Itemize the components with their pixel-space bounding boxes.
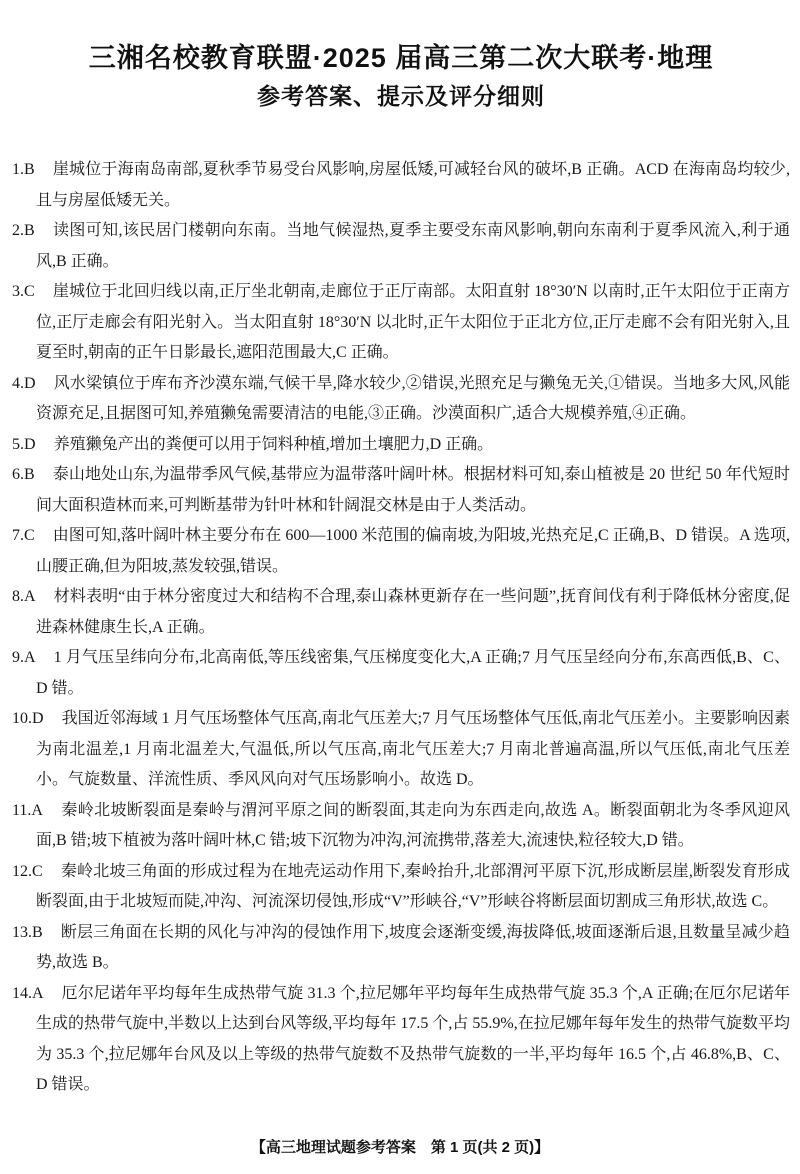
answer-item: 6.B泰山地处山东,为温带季风气候,基带应为温带落叶阔叶林。根据材料可知,泰山植…	[12, 460, 790, 521]
answer-item: 8.A材料表明“由于林分密度过大和结构不合理,泰山森林更新存在一些问题”,抚育间…	[12, 582, 790, 643]
answer-item: 12.C秦岭北坡三角面的形成过程为在地壳运动作用下,秦岭抬升,北部渭河平原下沉,…	[12, 857, 790, 918]
answer-text: 1 月气压呈纬向分布,北高南低,等压线密集,气压梯度变化大,A 正确;7 月气压…	[36, 649, 790, 697]
answer-text: 我国近邻海域 1 月气压场整体气压高,南北气压差大;7 月气压场整体气压低,南北…	[36, 710, 790, 788]
answer-item: 5.D养殖獭兔产出的粪便可以用于饲料种植,增加土壤肥力,D 正确。	[12, 430, 790, 461]
answer-item: 11.A秦岭北坡断裂面是秦岭与渭河平原之间的断裂面,其走向为东西走向,故选 A。…	[12, 796, 790, 857]
answer-text: 风水梁镇位于库布齐沙漠东端,气候干旱,降水较少,②错误,光照充足与獭兔无关,①错…	[36, 375, 790, 423]
answer-item: 14.A厄尔尼诺年平均每年生成热带气旋 31.3 个,拉尼娜年平均每年生成热带气…	[12, 979, 790, 1101]
answer-text: 厄尔尼诺年平均每年生成热带气旋 31.3 个,拉尼娜年平均每年生成热带气旋 35…	[36, 985, 790, 1094]
answer-item: 4.D风水梁镇位于库布齐沙漠东端,气候干旱,降水较少,②错误,光照充足与獭兔无关…	[12, 369, 790, 430]
answer-text: 泰山地处山东,为温带季风气候,基带应为温带落叶阔叶林。根据材料可知,泰山植被是 …	[36, 466, 790, 514]
answer-text: 断层三角面在长期的风化与冲沟的侵蚀作用下,坡度会逐渐变缓,海拔降低,坡面逐渐后退…	[36, 924, 790, 972]
answer-text: 由图可知,落叶阔叶林主要分布在 600—1000 米范围的偏南坡,为阳坡,光热充…	[36, 527, 790, 575]
answer-number: 6.B	[12, 466, 35, 483]
answer-item: 7.C由图可知,落叶阔叶林主要分布在 600—1000 米范围的偏南坡,为阳坡,…	[12, 521, 790, 582]
answer-text: 崖城位于海南岛南部,夏秋季节易受台风影响,房屋低矮,可减轻台风的破坏,B 正确。…	[36, 161, 790, 209]
answer-number: 4.D	[12, 375, 36, 392]
answer-number: 7.C	[12, 527, 35, 544]
answers-list: 1.B崖城位于海南岛南部,夏秋季节易受台风影响,房屋低矮,可减轻台风的破坏,B …	[12, 155, 790, 1101]
answer-number: 5.D	[12, 436, 36, 453]
answer-number: 10.D	[12, 710, 44, 727]
answer-item: 2.B读图可知,该民居门楼朝向东南。当地气候湿热,夏季主要受东南风影响,朝向东南…	[12, 216, 790, 277]
answer-text: 崖城位于北回归线以南,正厅坐北朝南,走廊位于正厅南部。太阳直射 18°30′N …	[36, 283, 790, 361]
answer-number: 1.B	[12, 161, 35, 178]
answer-number: 11.A	[12, 802, 43, 819]
answer-number: 9.A	[12, 649, 36, 666]
answer-number: 12.C	[12, 863, 43, 880]
answer-text: 材料表明“由于林分密度过大和结构不合理,泰山森林更新存在一些问题”,抚育间伐有利…	[36, 588, 790, 636]
answer-item: 9.A1 月气压呈纬向分布,北高南低,等压线密集,气压梯度变化大,A 正确;7 …	[12, 643, 790, 704]
exam-answer-page: 三湘名校教育联盟·2025 届高三第二次大联考·地理 参考答案、提示及评分细则 …	[0, 0, 800, 1174]
answer-number: 8.A	[12, 588, 36, 605]
answer-item: 10.D我国近邻海域 1 月气压场整体气压高,南北气压差大;7 月气压场整体气压…	[12, 704, 790, 796]
answer-text: 秦岭北坡断裂面是秦岭与渭河平原之间的断裂面,其走向为东西走向,故选 A。断裂面朝…	[36, 802, 790, 850]
answer-item: 1.B崖城位于海南岛南部,夏秋季节易受台风影响,房屋低矮,可减轻台风的破坏,B …	[12, 155, 790, 216]
page-subtitle: 参考答案、提示及评分细则	[12, 82, 790, 110]
page-footer: 【高三地理试题参考答案 第 1 页(共 2 页)】	[0, 1136, 800, 1157]
answer-text: 读图可知,该民居门楼朝向东南。当地气候湿热,夏季主要受东南风影响,朝向东南利于夏…	[36, 222, 790, 270]
answer-text: 养殖獭兔产出的粪便可以用于饲料种植,增加土壤肥力,D 正确。	[54, 436, 494, 453]
answer-number: 2.B	[12, 222, 35, 239]
answer-number: 3.C	[12, 283, 35, 300]
page-title: 三湘名校教育联盟·2025 届高三第二次大联考·地理	[12, 42, 790, 74]
answer-text: 秦岭北坡三角面的形成过程为在地壳运动作用下,秦岭抬升,北部渭河平原下沉,形成断层…	[36, 863, 790, 911]
answer-number: 13.B	[12, 924, 43, 941]
answer-item: 3.C崖城位于北回归线以南,正厅坐北朝南,走廊位于正厅南部。太阳直射 18°30…	[12, 277, 790, 369]
answer-item: 13.B断层三角面在长期的风化与冲沟的侵蚀作用下,坡度会逐渐变缓,海拔降低,坡面…	[12, 918, 790, 979]
answer-number: 14.A	[12, 985, 44, 1002]
